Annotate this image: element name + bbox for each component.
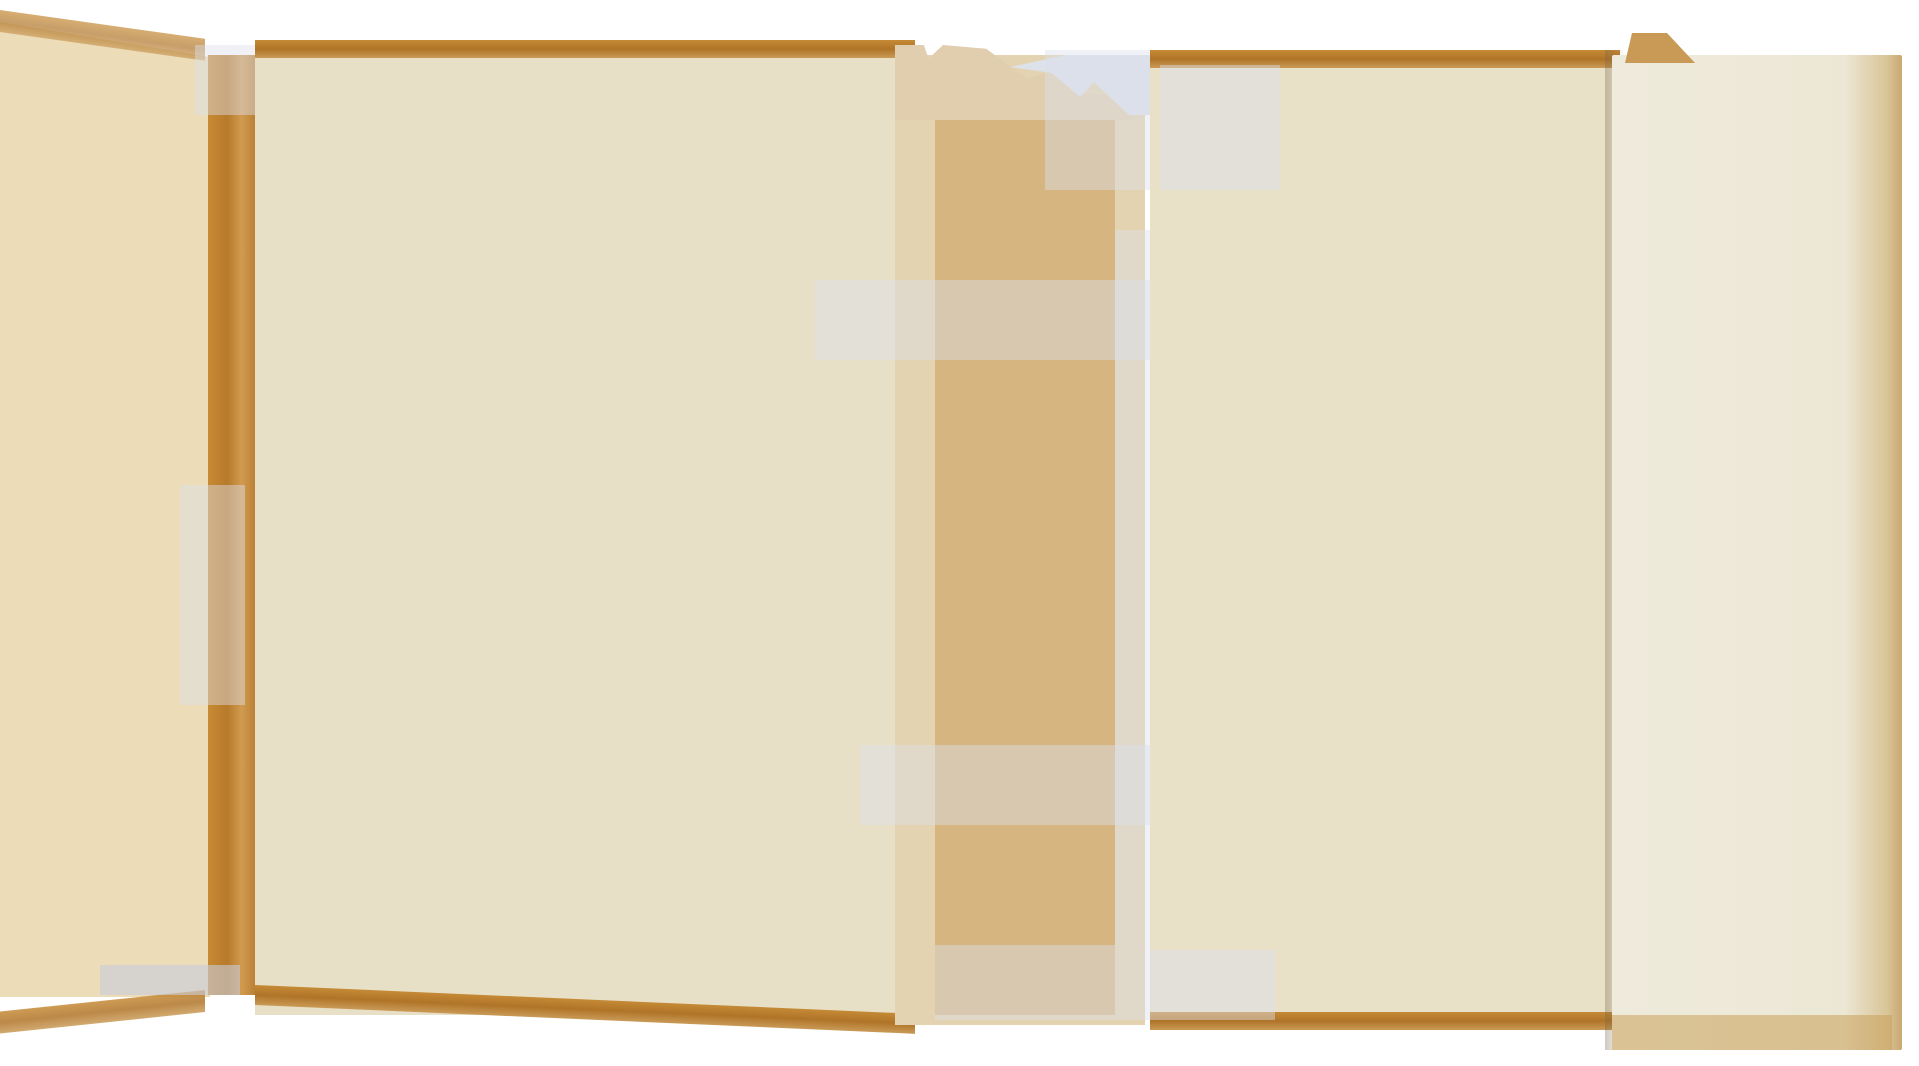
back-panel xyxy=(255,55,915,1015)
tape-strip-left-middle xyxy=(180,485,245,705)
right-flap xyxy=(1612,55,1902,1050)
right-flap-top-tab xyxy=(1625,33,1695,63)
tape-corner-bottom-left xyxy=(100,965,240,995)
front-panel xyxy=(1150,55,1620,1025)
tape-spine-bottom xyxy=(935,945,1115,1020)
right-flap-bottom-stain xyxy=(1612,1015,1892,1050)
spine-inner-tan xyxy=(935,115,1115,1015)
tape-front-bottom-corner xyxy=(1150,950,1275,1020)
left-flap xyxy=(0,22,210,997)
tape-front-top xyxy=(1160,65,1280,190)
tape-spine-vertical-right xyxy=(1115,230,1155,1020)
back-panel-top-edge xyxy=(255,40,915,58)
